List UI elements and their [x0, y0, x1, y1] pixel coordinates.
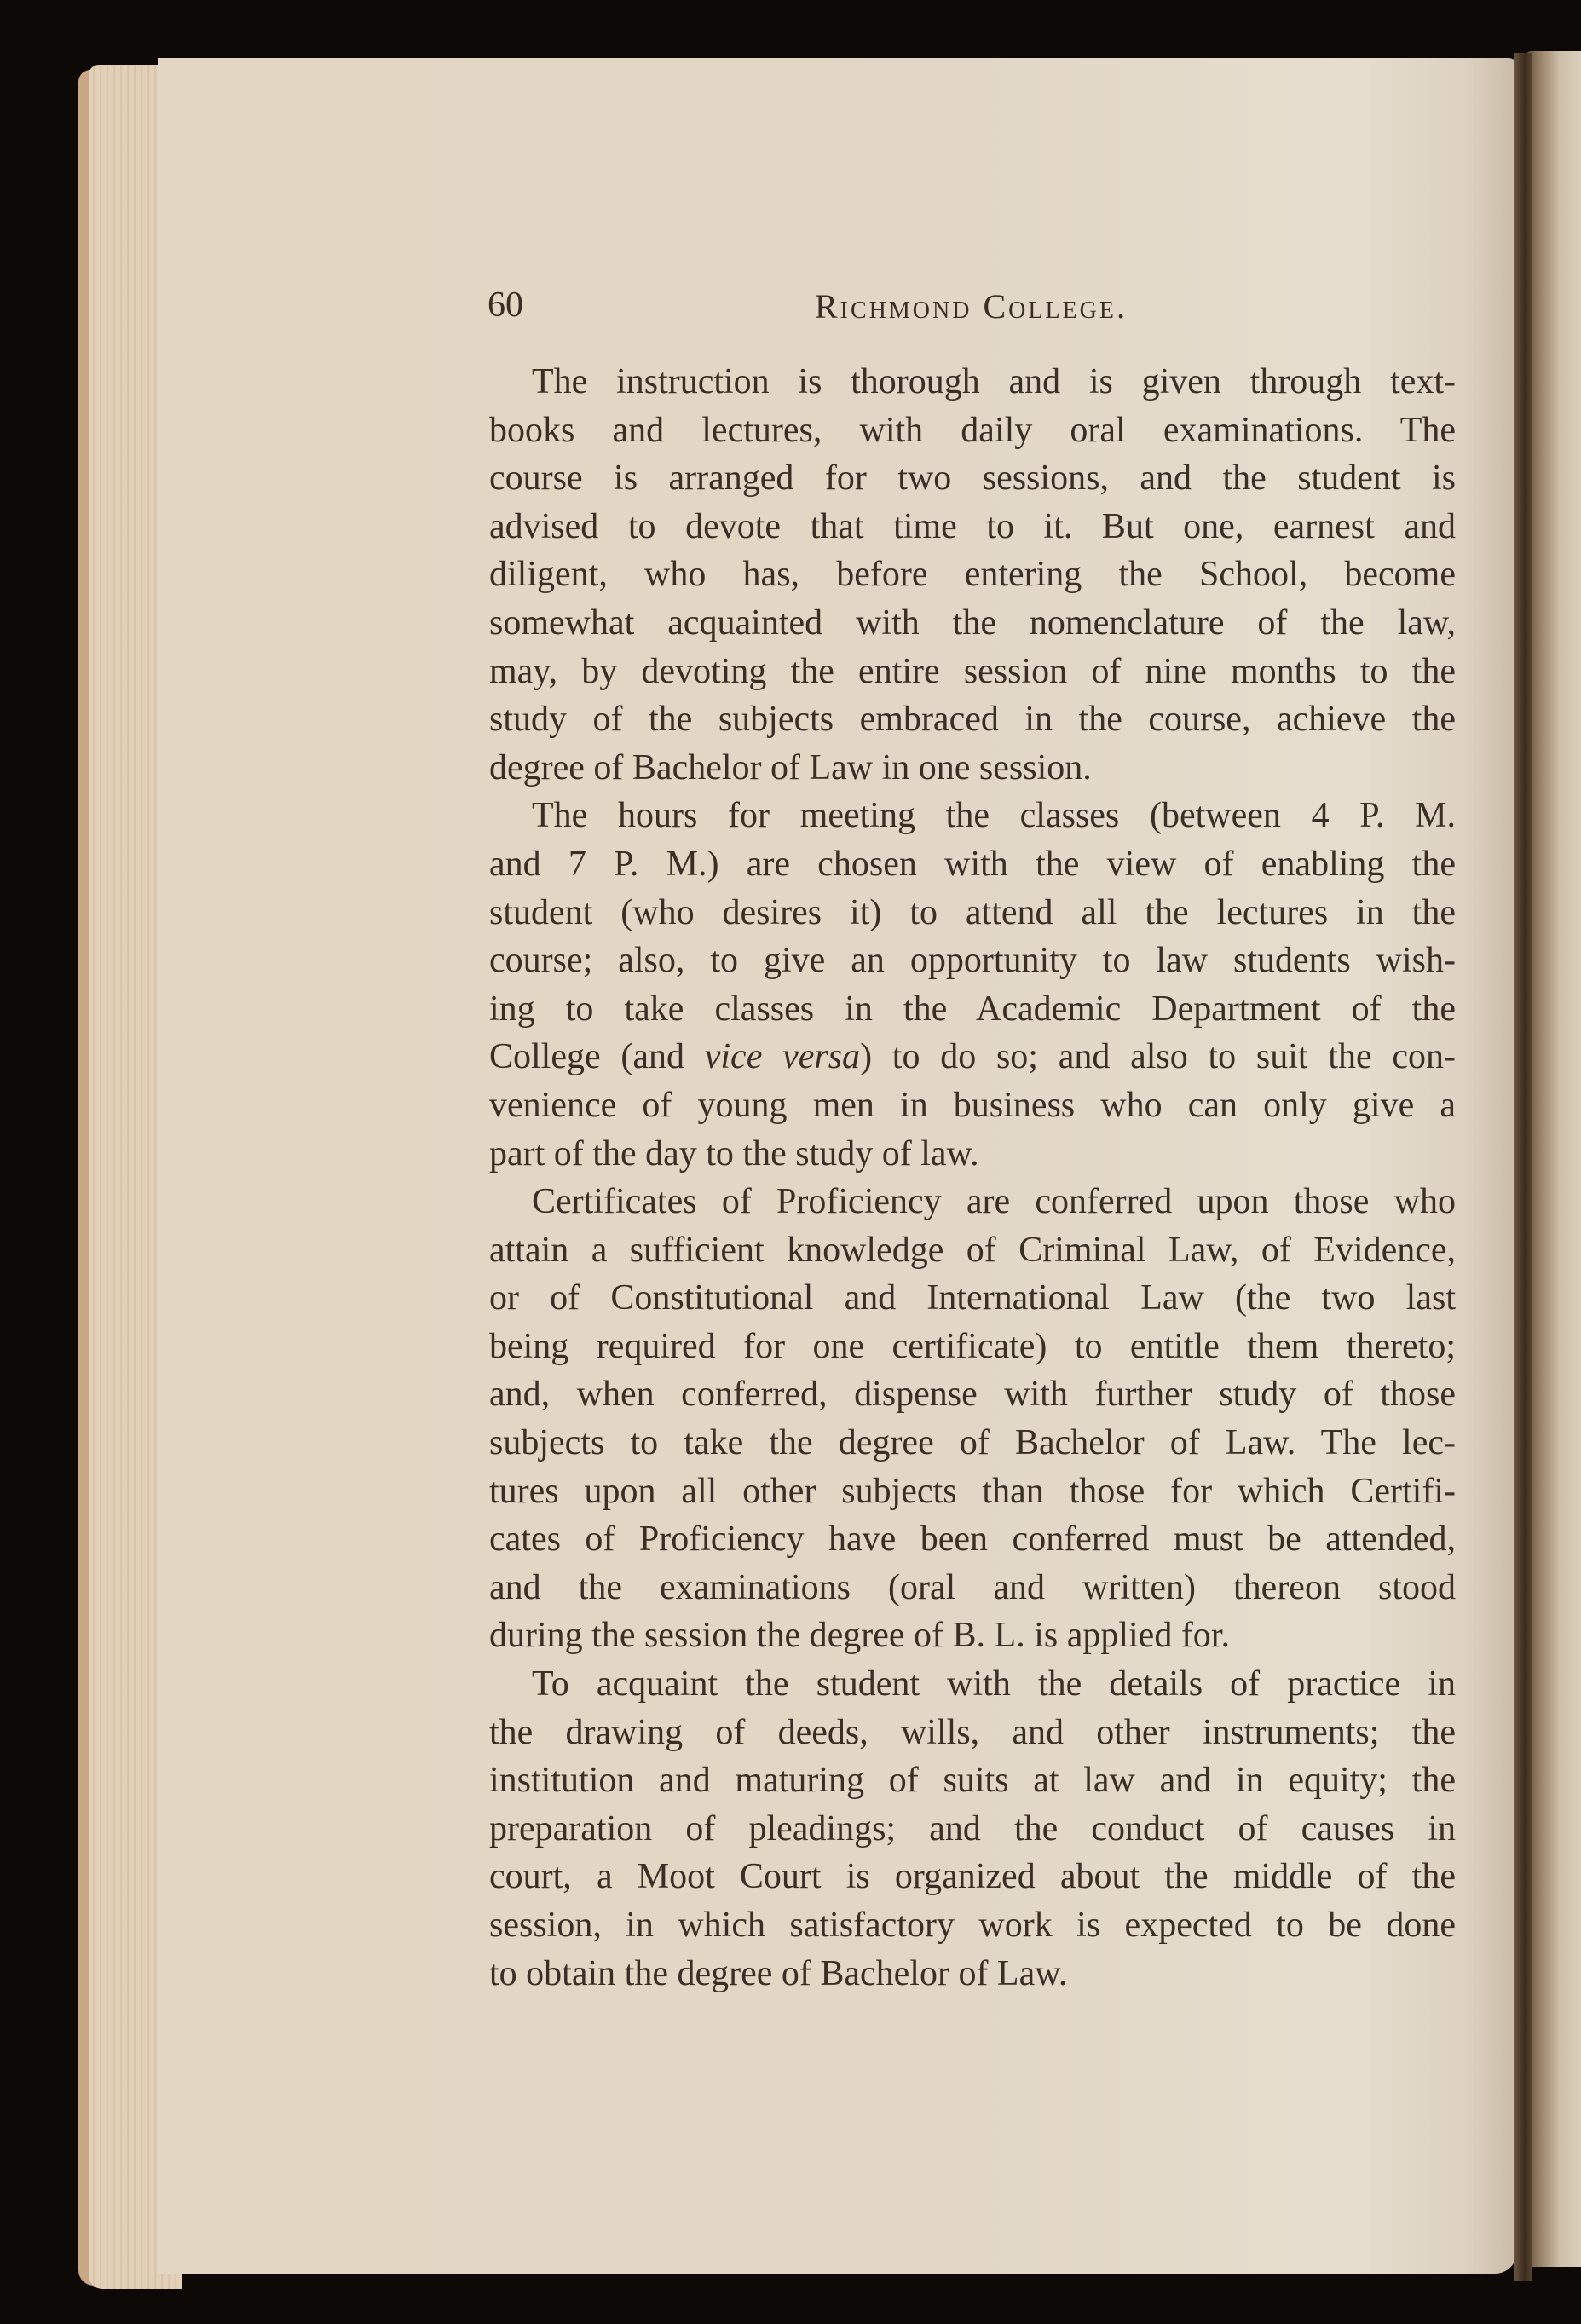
text-line: ing to take classes in the Academic Depa… [489, 985, 1456, 1034]
text-line: course; also, to give an opportunity to … [489, 937, 1456, 985]
text-line: tures upon all other subjects than those… [489, 1468, 1456, 1516]
text-line: advised to devote that time to it. But o… [489, 503, 1456, 551]
text-line: part of the day to the study of law. [489, 1130, 1456, 1179]
text-span: ) to do so; and also to suit the con- [860, 1037, 1456, 1076]
text-line: and 7 P. M.) are chosen with the view of… [489, 840, 1456, 889]
text-line: somewhat acquainted with the nomenclatur… [489, 599, 1456, 648]
facing-page-edge [1526, 51, 1581, 2267]
text-line: Certificates of Proficiency are conferre… [489, 1178, 1456, 1226]
body-text: The instruction is thorough and is given… [489, 358, 1456, 1998]
text-line: attain a sufficient knowledge of Crimina… [489, 1226, 1456, 1275]
paragraph: The hours for meeting the classes (betwe… [489, 792, 1456, 1178]
running-head: 60 Richmond College. [488, 285, 1455, 336]
paragraph: To acquaint the student with the details… [489, 1660, 1456, 1998]
text-line: to obtain the degree of Bachelor of Law. [489, 1950, 1456, 1998]
text-line: during the session the degree of B. L. i… [489, 1612, 1456, 1660]
text-line: venience of young men in business who ca… [489, 1081, 1456, 1130]
text-line: student (who desires it) to attend all t… [489, 889, 1456, 937]
header-title: Richmond College. [488, 286, 1455, 326]
text-line: The hours for meeting the classes (betwe… [489, 792, 1456, 840]
text-line: diligent, who has, before entering the S… [489, 551, 1456, 599]
text-line: study of the subjects embraced in the co… [489, 695, 1456, 744]
text-line: court, a Moot Court is organized about t… [489, 1853, 1456, 1901]
text-line: degree of Bachelor of Law in one session… [489, 744, 1456, 793]
italic-phrase: vice versa [705, 1037, 860, 1076]
text-line: or of Constitutional and International L… [489, 1274, 1456, 1323]
text-line: and, when conferred, dispense with furth… [489, 1370, 1456, 1419]
text-span: College (and [489, 1037, 705, 1076]
text-line: and the examinations (oral and written) … [489, 1564, 1456, 1612]
text-line: session, in which satisfactory work is e… [489, 1901, 1456, 1950]
text-line: subjects to take the degree of Bachelor … [489, 1419, 1456, 1468]
text-line: preparation of pleadings; and the conduc… [489, 1805, 1456, 1854]
text-line: books and lectures, with daily oral exam… [489, 407, 1456, 455]
text-line: may, by devoting the entire session of n… [489, 648, 1456, 696]
text-line: College (and vice versa) to do so; and a… [489, 1033, 1456, 1081]
text-line: The instruction is thorough and is given… [489, 358, 1456, 407]
text-line: institution and maturing of suits at law… [489, 1756, 1456, 1805]
paragraph: The instruction is thorough and is given… [489, 358, 1456, 792]
text-line: cates of Proficiency have been conferred… [489, 1515, 1456, 1564]
book-gutter [1514, 53, 1532, 2281]
paragraph: Certificates of Proficiency are conferre… [489, 1178, 1456, 1660]
text-line: course is arranged for two sessions, and… [489, 454, 1456, 503]
text-line: the drawing of deeds, wills, and other i… [489, 1709, 1456, 1757]
text-line: To acquaint the student with the details… [489, 1660, 1456, 1709]
text-line: being required for one certificate) to e… [489, 1323, 1456, 1371]
